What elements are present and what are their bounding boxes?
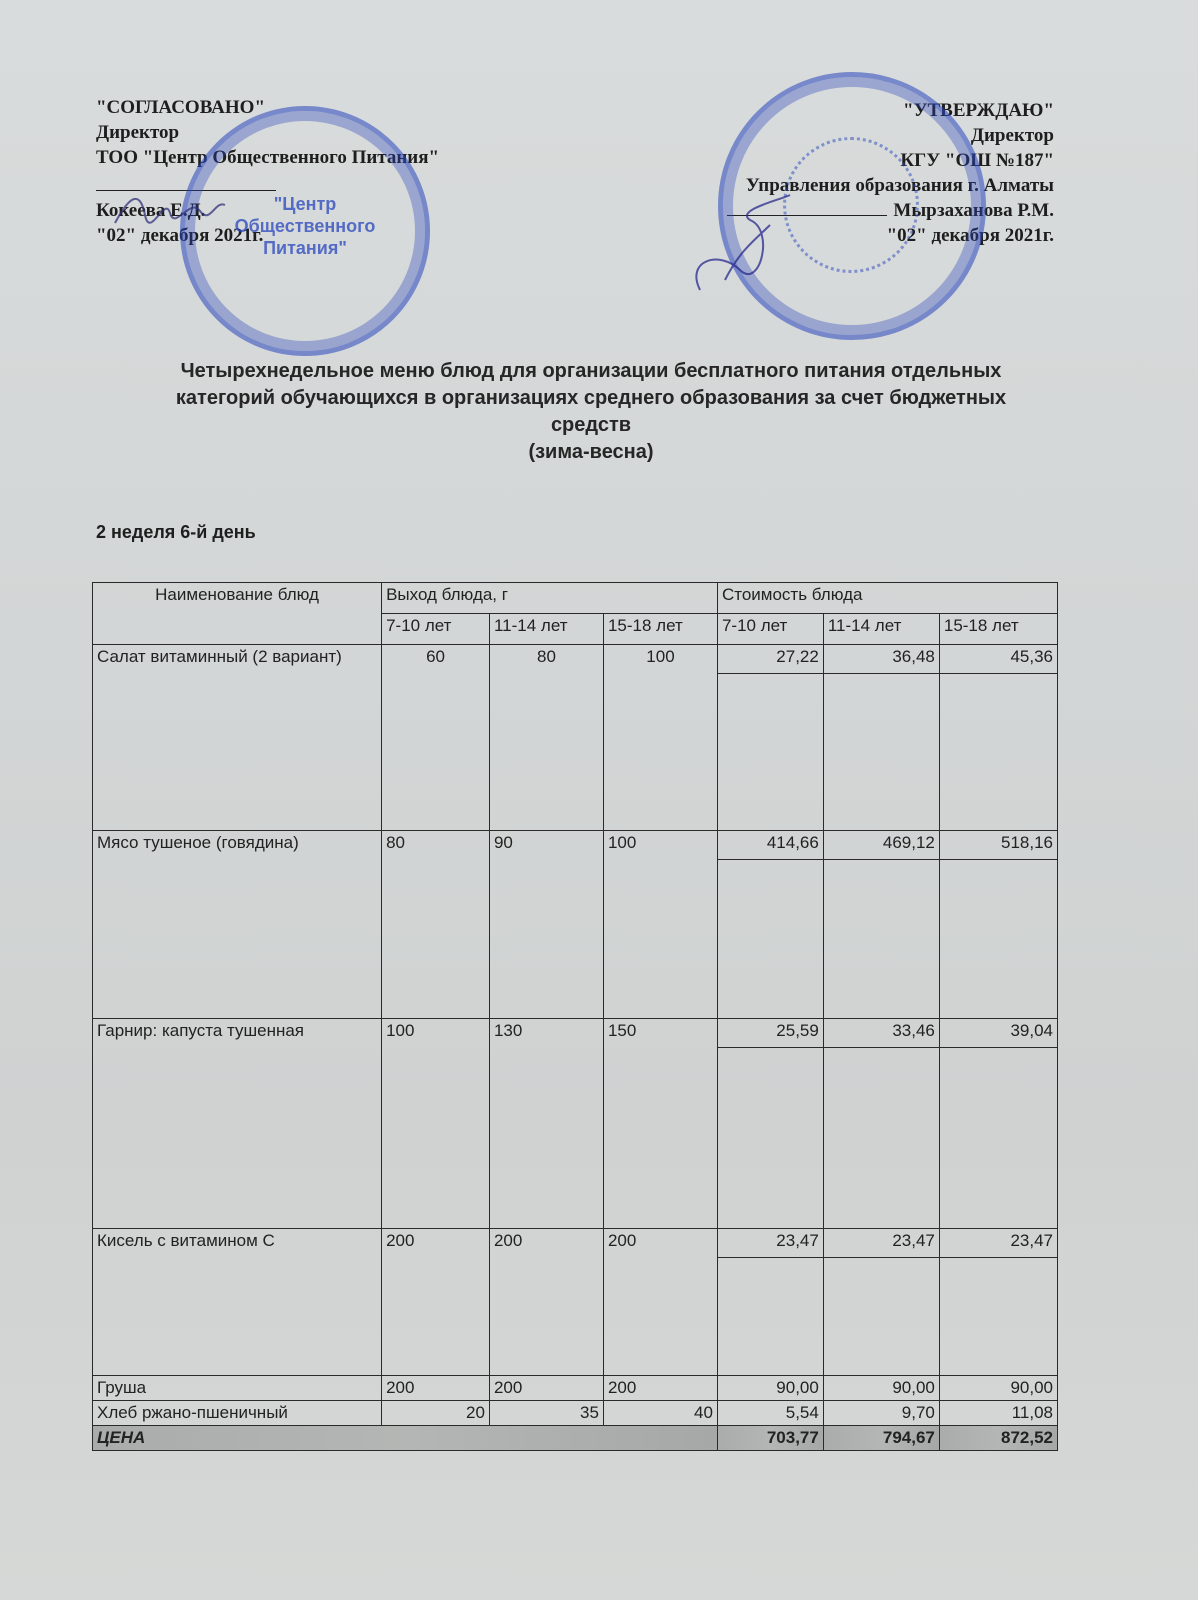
cost-value: 90,00 — [823, 1376, 939, 1401]
week-day-label: 2 неделя 6-й день — [96, 522, 256, 543]
yield-value: 200 — [603, 1229, 717, 1376]
yield-value: 200 — [603, 1376, 717, 1401]
cost-value: 27,22 — [718, 645, 823, 674]
cost-value-cell: 27,22 — [717, 645, 823, 831]
table-row: Хлеб ржано-пшеничный 20 35 40 5,54 9,70 … — [93, 1401, 1058, 1426]
cost-value-cell: 518,16 — [939, 831, 1057, 1019]
title-line: Четырехнедельное меню блюд для организац… — [96, 358, 1086, 385]
menu-table: Наименование блюд Выход блюда, г Стоимос… — [92, 582, 1058, 1451]
table-row: Салат витаминный (2 вариант) 60 80 100 2… — [93, 645, 1058, 831]
title-line: средств — [96, 412, 1086, 439]
yield-value: 100 — [603, 645, 717, 831]
cost-value-cell: 45,36 — [939, 645, 1057, 831]
header-dish-name: Наименование блюд — [93, 583, 382, 645]
total-cost: 872,52 — [939, 1426, 1057, 1451]
table-row: Мясо тушеное (говядина) 80 90 100 414,66… — [93, 831, 1058, 1019]
cost-value: 9,70 — [823, 1401, 939, 1426]
cost-value-cell: 414,66 — [717, 831, 823, 1019]
signature-right-icon — [680, 190, 800, 300]
cost-value: 39,04 — [940, 1019, 1057, 1048]
stamp-line: Питания" — [185, 237, 425, 259]
title-line: категорий обучающихся в организациях сре… — [96, 385, 1086, 412]
total-cost: 794,67 — [823, 1426, 939, 1451]
dish-name: Кисель с витамином С — [93, 1229, 382, 1376]
dish-name: Гарнир: капуста тушенная — [93, 1019, 382, 1229]
yield-value: 20 — [382, 1401, 490, 1426]
header-cost: Стоимость блюда — [717, 583, 1057, 614]
yield-value: 200 — [489, 1376, 603, 1401]
yield-value: 150 — [603, 1019, 717, 1229]
yield-value: 90 — [489, 831, 603, 1019]
cost-value-cell: 33,46 — [823, 1019, 939, 1229]
header-yield-age: 7-10 лет — [382, 614, 490, 645]
cost-value: 469,12 — [824, 831, 939, 860]
cost-value-cell: 36,48 — [823, 645, 939, 831]
header-cost-age: 11-14 лет — [823, 614, 939, 645]
yield-value: 100 — [382, 1019, 490, 1229]
state-emblem-icon — [783, 137, 919, 273]
header-cost-age: 7-10 лет — [717, 614, 823, 645]
cost-value: 25,59 — [718, 1019, 823, 1048]
cost-value: 518,16 — [940, 831, 1057, 860]
cost-value-cell: 23,47 — [717, 1229, 823, 1376]
cost-value: 45,36 — [940, 645, 1057, 674]
cost-value: 414,66 — [718, 831, 823, 860]
dish-name: Мясо тушеное (говядина) — [93, 831, 382, 1019]
cost-value: 23,47 — [824, 1229, 939, 1258]
cost-value: 23,47 — [940, 1229, 1057, 1258]
header-cost-age: 15-18 лет — [939, 614, 1057, 645]
table-row: Гарнир: капуста тушенная 100 130 150 25,… — [93, 1019, 1058, 1229]
cost-value: 33,46 — [824, 1019, 939, 1048]
cost-value-cell: 469,12 — [823, 831, 939, 1019]
cost-value-cell: 25,59 — [717, 1019, 823, 1229]
cost-value-cell: 23,47 — [939, 1229, 1057, 1376]
yield-value: 200 — [382, 1229, 490, 1376]
yield-value: 130 — [489, 1019, 603, 1229]
yield-value: 80 — [489, 645, 603, 831]
yield-value: 100 — [603, 831, 717, 1019]
signature-left-icon — [110, 185, 230, 230]
yield-value: 40 — [603, 1401, 717, 1426]
header-yield-age: 15-18 лет — [603, 614, 717, 645]
header-yield-age: 11-14 лет — [489, 614, 603, 645]
cost-value: 5,54 — [717, 1401, 823, 1426]
season-label: (зима-весна) — [96, 439, 1086, 466]
yield-value: 200 — [382, 1376, 490, 1401]
total-label: ЦЕНА — [93, 1426, 718, 1451]
total-row: ЦЕНА 703,77 794,67 872,52 — [93, 1426, 1058, 1451]
dish-name: Груша — [93, 1376, 382, 1401]
cost-value: 11,08 — [939, 1401, 1057, 1426]
header-yield: Выход блюда, г — [382, 583, 718, 614]
document-title: Четырехнедельное меню блюд для организац… — [96, 358, 1086, 466]
yield-value: 35 — [489, 1401, 603, 1426]
table-row: Груша 200 200 200 90,00 90,00 90,00 — [93, 1376, 1058, 1401]
cost-value: 90,00 — [939, 1376, 1057, 1401]
yield-value: 60 — [382, 645, 490, 831]
cost-value-cell: 23,47 — [823, 1229, 939, 1376]
cost-value: 36,48 — [824, 645, 939, 674]
yield-value: 200 — [489, 1229, 603, 1376]
cost-value: 23,47 — [718, 1229, 823, 1258]
table-row: Кисель с витамином С 200 200 200 23,47 2… — [93, 1229, 1058, 1376]
cost-value-cell: 39,04 — [939, 1019, 1057, 1229]
cost-value: 90,00 — [717, 1376, 823, 1401]
dish-name: Хлеб ржано-пшеничный — [93, 1401, 382, 1426]
yield-value: 80 — [382, 831, 490, 1019]
total-cost: 703,77 — [717, 1426, 823, 1451]
stamp-left-seal-icon: "Центр Общественного Питания" — [180, 106, 430, 356]
dish-name: Салат витаминный (2 вариант) — [93, 645, 382, 831]
